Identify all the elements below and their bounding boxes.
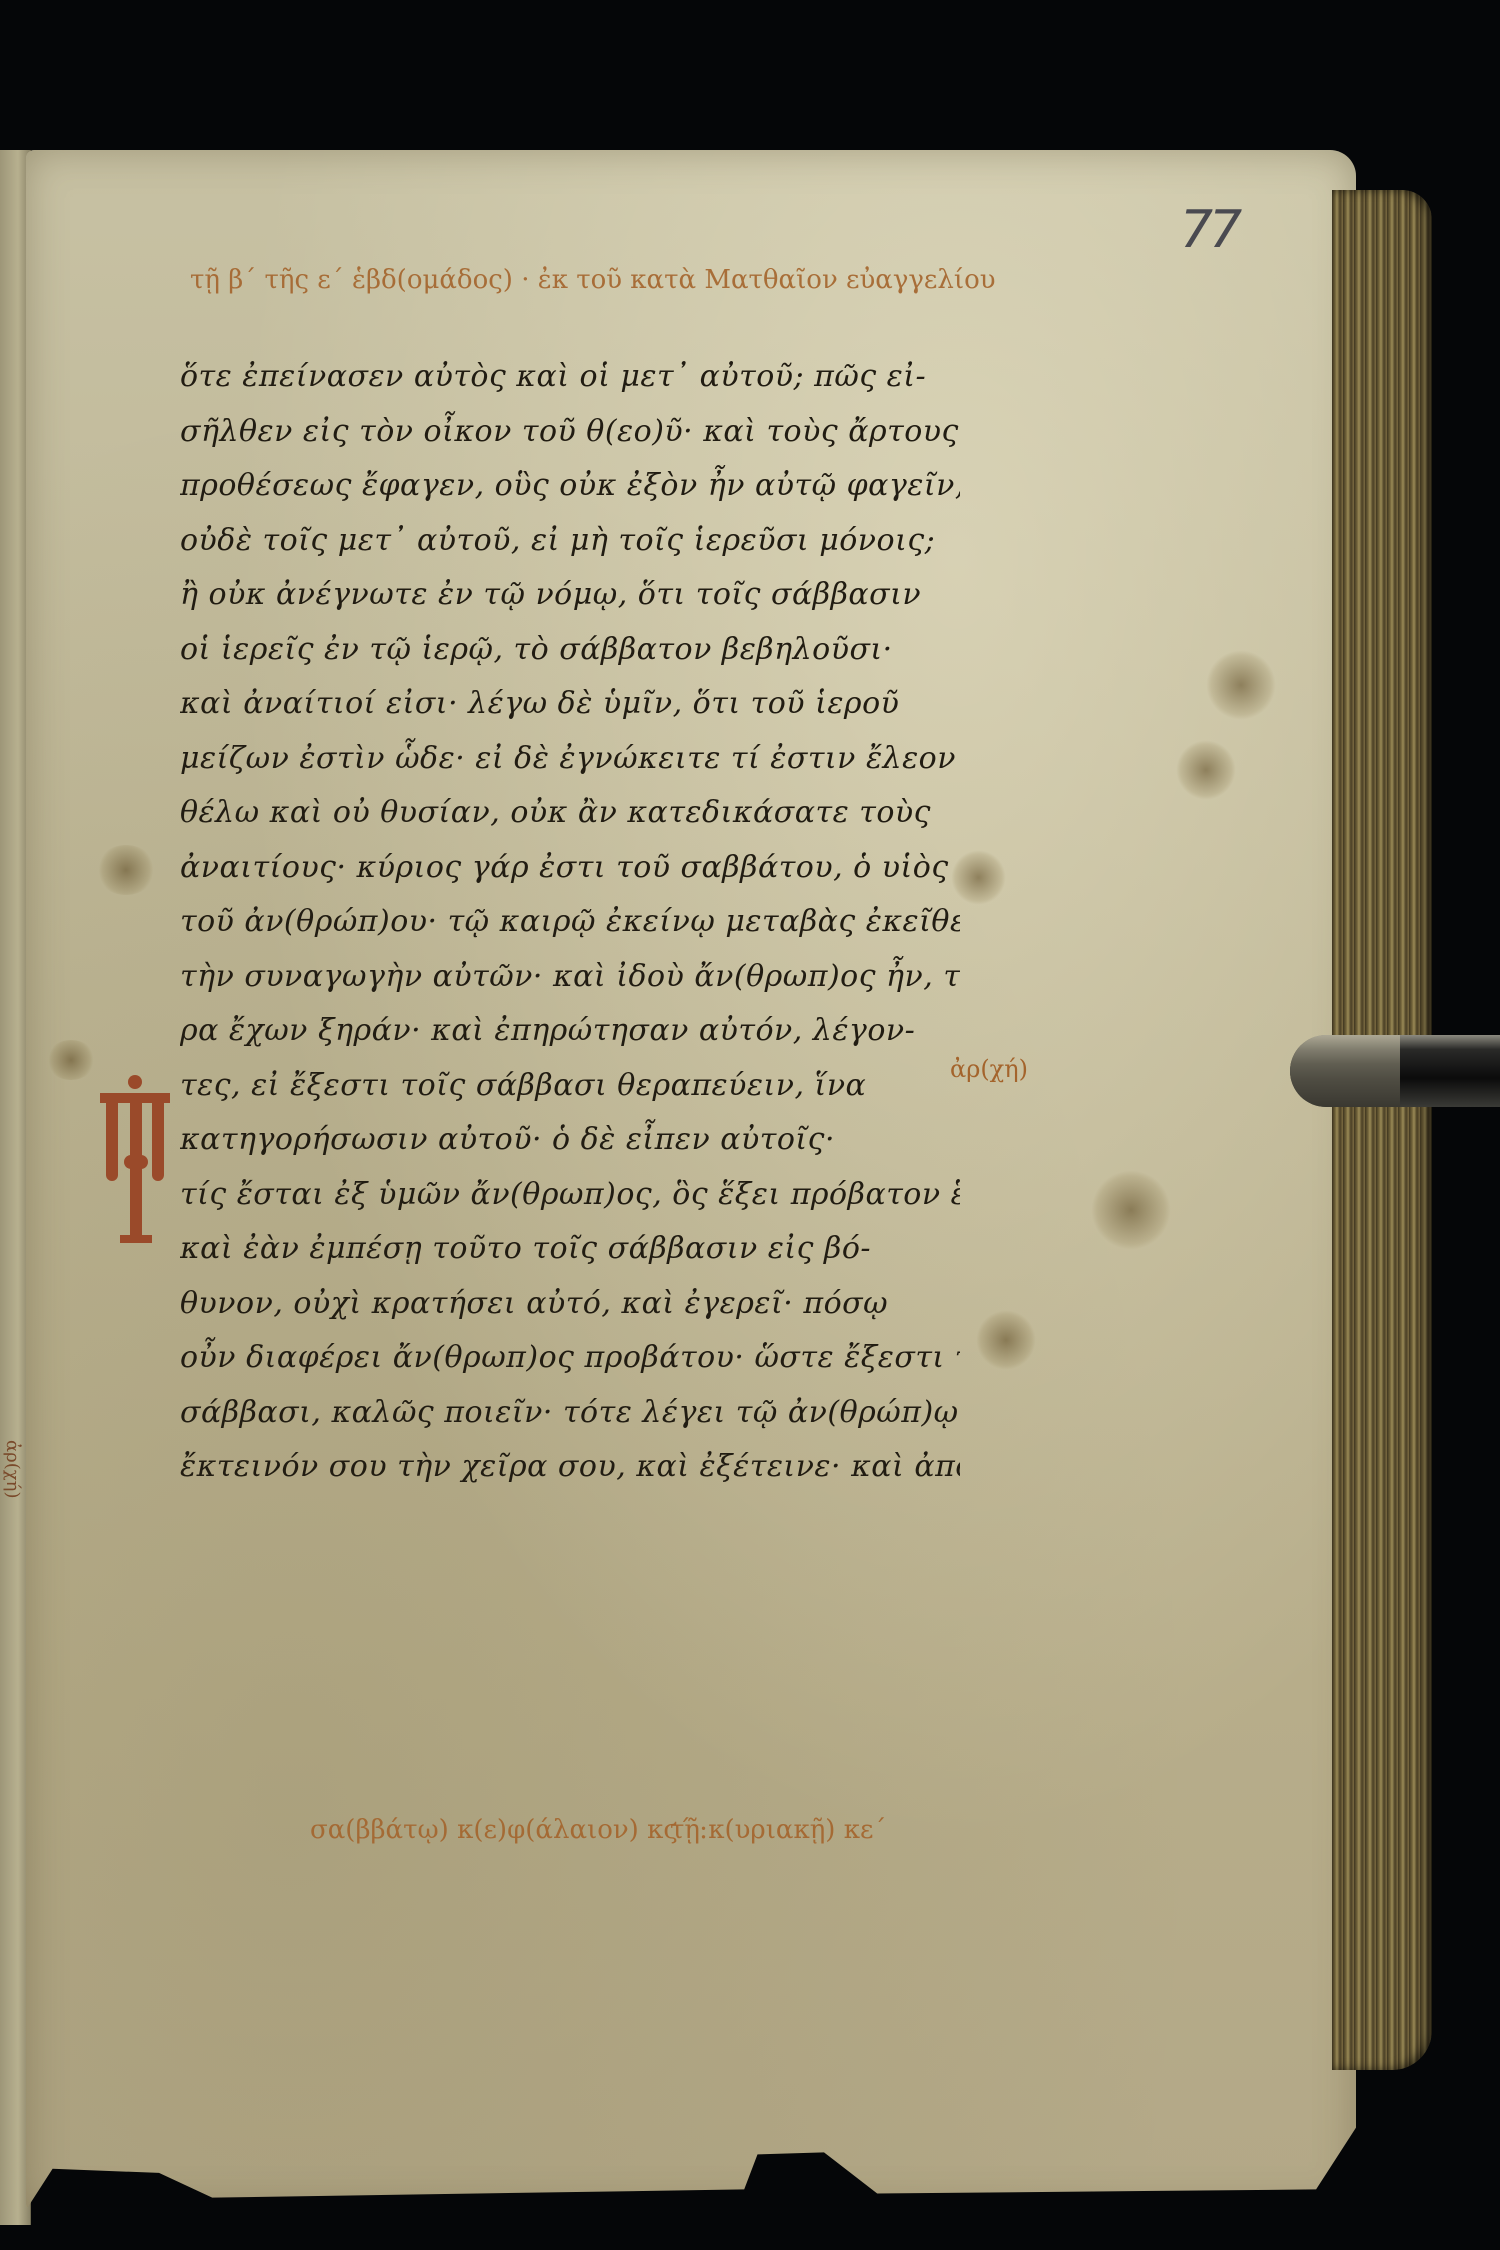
text-line-1: ὅτε ἐπείνασεν αὐτὸς καὶ οἱ μετ᾽ αὐτοῦ; π… — [180, 350, 960, 405]
folio-number: 77 — [1180, 200, 1238, 260]
decorated-initial-pi — [100, 1065, 170, 1250]
text-line-6: οἱ ἱερεῖς ἐν τῷ ἱερῷ, τὸ σάββατον βεβηλο… — [180, 623, 960, 678]
stain — [46, 1040, 96, 1080]
text-line-17: καὶ ἐὰν ἐμπέσῃ τοῦτο τοῖς σάββασιν εἰς β… — [180, 1222, 960, 1277]
text-line-12: τὴν συναγωγὴν αὐτῶν· καὶ ἰδοὺ ἄν(θρωπ)ος… — [180, 950, 960, 1005]
text-line-8: μείζων ἐστὶν ὧδε· εἰ δὲ ἐγνώκειτε τί ἐστ… — [180, 732, 960, 787]
text-line-9: θέλω καὶ οὐ θυσίαν, οὐκ ἂν κατεδικάσατε … — [180, 786, 960, 841]
text-line-3: προθέσεως ἔφαγεν, οὓς οὐκ ἐξὸν ἦν αὐτῷ φ… — [180, 459, 960, 514]
rubric-heading: τῇ β΄ τῆς ε΄ ἑβδ(ομάδος) · ἐκ τοῦ κατὰ Μ… — [190, 265, 996, 295]
text-line-2: σῆλθεν εἰς τὸν οἶκον τοῦ θ(εο)ῦ· καὶ τοὺ… — [180, 405, 960, 460]
stain — [976, 1310, 1036, 1370]
text-line-16: τίς ἔσται ἐξ ὑμῶν ἄν(θρωπ)ος, ὃς ἕξει πρ… — [180, 1168, 960, 1223]
text-line-19: οὖν διαφέρει ἄν(θρωπ)ος προβάτου· ὥστε ἔ… — [180, 1331, 960, 1386]
text-line-21: ἔκτεινόν σου τὴν χεῖρα σου, καὶ ἐξέτεινε… — [180, 1440, 960, 1495]
stain — [1091, 1170, 1171, 1250]
margin-note-arche: ἀρ(χή) — [950, 1055, 1028, 1083]
text-line-14: τες, εἰ ἔξεστι τοῖς σάββασι θεραπεύειν, … — [180, 1059, 960, 1114]
text-line-18: θυνον, οὐχὶ κρατήσει αὐτό, καὶ ἐγερεῖ· π… — [180, 1277, 960, 1332]
text-line-5: ἢ οὐκ ἀνέγνωτε ἐν τῷ νόμῳ, ὅτι τοῖς σάββ… — [180, 568, 960, 623]
stain — [1176, 740, 1236, 800]
text-line-13: ρα ἔχων ξηράν· καὶ ἐπηρώτησαν αὐτόν, λέγ… — [180, 1004, 960, 1059]
rubric-footer-left: σα(ββάτῳ) κ(ε)φ(άλαιον) κϛ΄ : — [310, 1815, 708, 1845]
stain — [96, 845, 156, 895]
text-line-10: ἀναιτίους· κύριος γάρ ἐστι τοῦ σαββάτου,… — [180, 841, 960, 896]
text-line-4: οὐδὲ τοῖς μετ᾽ αὐτοῦ, εἰ μὴ τοῖς ἱερεῦσι… — [180, 514, 960, 569]
stain — [1206, 650, 1276, 720]
left-leaf-marginalia: ἀρ(χή) — [2, 1440, 26, 1498]
bookmark-tip — [1290, 1035, 1400, 1107]
text-line-15: κατηγορήσωσιν αὐτοῦ· ὁ δὲ εἶπεν αὐτοῖς· — [180, 1113, 960, 1168]
text-line-11: τοῦ ἀν(θρώπ)ου· τῷ καιρῷ ἐκείνῳ μεταβὰς … — [180, 895, 960, 950]
manuscript-text: ὅτε ἐπείνασεν αὐτὸς καὶ οἱ μετ᾽ αὐτοῦ; π… — [180, 350, 960, 1495]
text-line-7: καὶ ἀναίτιοί εἰσι· λέγω δὲ ὑμῖν, ὅτι τοῦ… — [180, 677, 960, 732]
page-edges — [1332, 190, 1432, 2070]
rubric-footer-right: τῇ κ(υριακῇ) κε΄ — [670, 1815, 886, 1845]
text-line-20: σάββασι, καλῶς ποιεῖν· τότε λέγει τῷ ἀν(… — [180, 1386, 960, 1441]
